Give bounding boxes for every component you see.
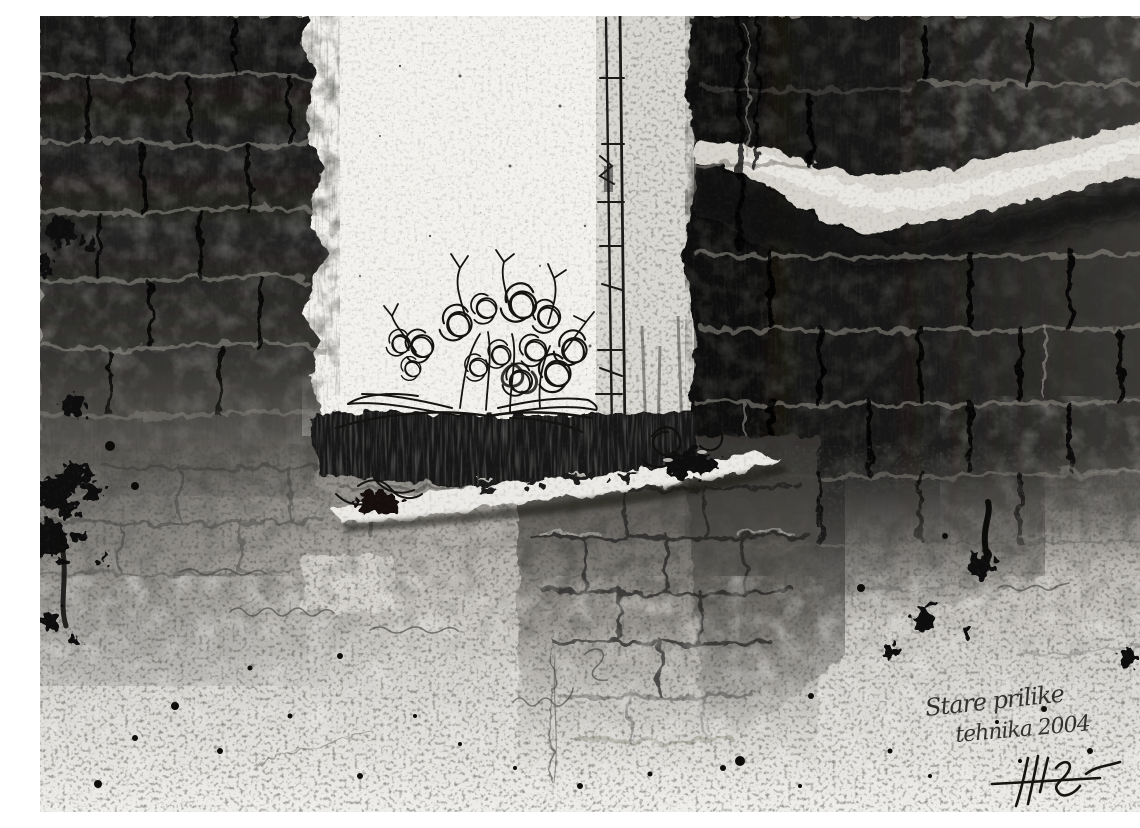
paper-grain-overlay [40, 16, 1140, 812]
ink-drawing-artwork: Stare prilike tehnika 2004 [40, 16, 1140, 812]
artwork-canvas: Stare prilike tehnika 2004 [40, 16, 1140, 812]
